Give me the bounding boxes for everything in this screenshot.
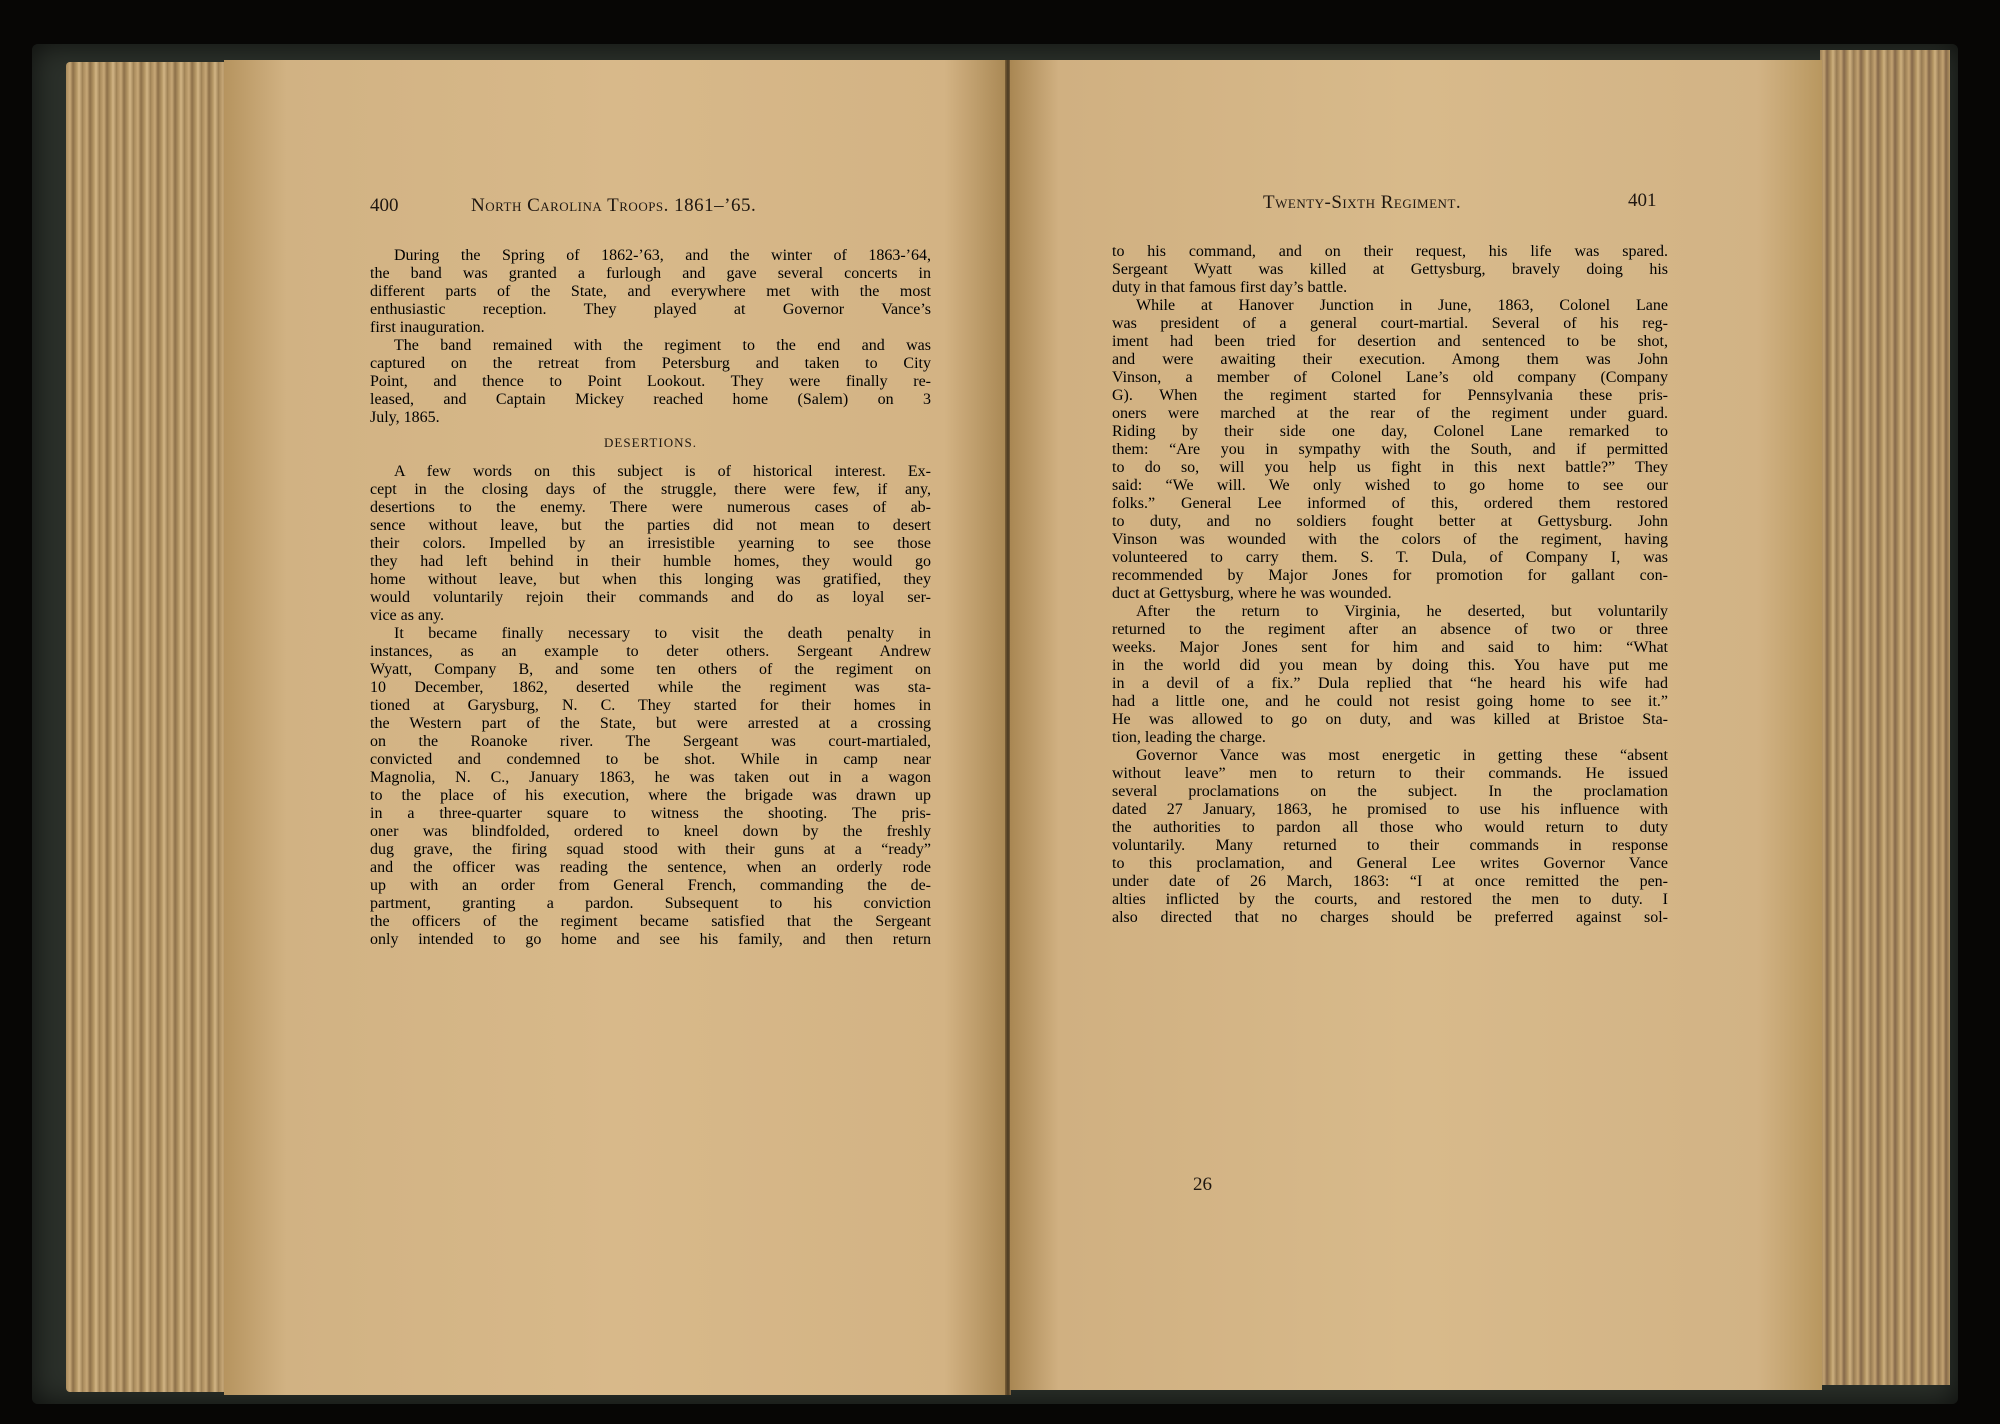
text-line: also directed that no charges should be …	[1112, 909, 1668, 927]
text-line: to this proclamation, and General Lee wr…	[1112, 855, 1668, 873]
text-line: to his command, and on their request, hi…	[1112, 243, 1668, 261]
text-line: first inauguration.	[370, 319, 931, 337]
text-line: A few words on this subject is of histor…	[370, 463, 931, 481]
text-line: only intended to go home and see his fam…	[370, 931, 931, 949]
text-line: iment had been tried for desertion and s…	[1112, 333, 1668, 351]
text-line: Vinson, a member of Colonel Lane’s old c…	[1112, 369, 1668, 387]
text-line: instances, as an example to deter others…	[370, 643, 931, 661]
text-line: the Western part of the State, but were …	[370, 715, 931, 733]
text-line: Magnolia, N. C., January 1863, he was ta…	[370, 769, 931, 787]
text-line: Point, and thence to Point Lookout. They…	[370, 373, 931, 391]
text-line: said: “We will. We only wished to go hom…	[1112, 477, 1668, 495]
text-line: them: “Are you in sympathy with the Sout…	[1112, 441, 1668, 459]
text-line: convicted and condemned to be shot. Whil…	[370, 751, 931, 769]
page-number: 400	[370, 195, 399, 217]
text-line: their colors. Impelled by an irresistibl…	[370, 535, 931, 553]
text-line: in the world did you mean by doing this.…	[1112, 657, 1668, 675]
signature-mark: 26	[1193, 1174, 1212, 1196]
text-line: Vinson was wounded with the colors of th…	[1112, 531, 1668, 549]
text-line: and were awaiting their execution. Among…	[1112, 351, 1668, 369]
text-line: tion, leading the charge.	[1112, 729, 1668, 747]
page-edges-left	[66, 62, 226, 1392]
text-line: 10 December, 1862, deserted while the re…	[370, 679, 931, 697]
paragraph-group: During the Spring of 1862-’63, and the w…	[370, 247, 931, 427]
text-line: was president of a general court-martial…	[1112, 315, 1668, 333]
page-edges-right	[1820, 50, 1950, 1385]
text-line: Riding by their side one day, Colonel La…	[1112, 423, 1668, 441]
text-line: While at Hanover Junction in June, 1863,…	[1112, 297, 1668, 315]
text-line: leased, and Captain Mickey reached home …	[370, 391, 931, 409]
text-line: captured on the retreat from Petersburg …	[370, 355, 931, 373]
text-line: recommended by Major Jones for promotion…	[1112, 567, 1668, 585]
text-line: on the Roanoke river. The Sergeant was c…	[370, 733, 931, 751]
paragraph-group: to his command, and on their request, hi…	[1112, 243, 1668, 927]
text-line: the officers of the regiment became sati…	[370, 913, 931, 931]
text-line: oners were marched at the rear of the re…	[1112, 405, 1668, 423]
text-line: folks.” General Lee informed of this, or…	[1112, 495, 1668, 513]
text-line: different parts of the State, and everyw…	[370, 283, 931, 301]
text-line: they had left behind in their humble hom…	[370, 553, 931, 571]
text-line: dug grave, the firing squad stood with t…	[370, 841, 931, 859]
text-line: tioned at Garysburg, N. C. They started …	[370, 697, 931, 715]
text-line: July, 1865.	[370, 409, 931, 427]
text-line: cept in the closing days of the struggle…	[370, 481, 931, 499]
text-line: the authorities to pardon all those who …	[1112, 819, 1668, 837]
text-line: Governor Vance was most energetic in get…	[1112, 747, 1668, 765]
text-line: several proclamations on the subject. In…	[1112, 783, 1668, 801]
text-line: weeks. Major Jones sent for him and said…	[1112, 639, 1668, 657]
running-head: North Carolina Troops. 1861–’65.	[471, 195, 756, 217]
text-line: vice as any.	[370, 607, 931, 625]
text-line: home without leave, but when this longin…	[370, 571, 931, 589]
page-body: During the Spring of 1862-’63, and the w…	[370, 247, 931, 949]
text-line: volunteered to carry them. S. T. Dula, o…	[1112, 549, 1668, 567]
text-line: After the return to Virginia, he deserte…	[1112, 603, 1668, 621]
left-page: 400 North Carolina Troops. 1861–’65. Dur…	[224, 60, 1007, 1395]
text-line: to do so, will you help us fight in this…	[1112, 459, 1668, 477]
text-line: duct at Gettysburg, where he was wounded…	[1112, 585, 1668, 603]
text-line: had a little one, and he could not resis…	[1112, 693, 1668, 711]
text-line: in a devil of a fix.” Dula replied that …	[1112, 675, 1668, 693]
text-line: G). When the regiment started for Pennsy…	[1112, 387, 1668, 405]
text-line: It became finally necessary to visit the…	[370, 625, 931, 643]
text-line: He was allowed to go on duty, and was ki…	[1112, 711, 1668, 729]
text-line: partment, granting a pardon. Subsequent …	[370, 895, 931, 913]
text-line: and the officer was reading the sentence…	[370, 859, 931, 877]
text-line: returned to the regiment after an absenc…	[1112, 621, 1668, 639]
text-line: During the Spring of 1862-’63, and the w…	[370, 247, 931, 265]
text-line: oner was blindfolded, ordered to kneel d…	[370, 823, 931, 841]
text-line: alties inflicted by the courts, and rest…	[1112, 891, 1668, 909]
page-number: 401	[1628, 190, 1657, 212]
paragraph-group: A few words on this subject is of histor…	[370, 463, 931, 949]
text-line: up with an order from General French, co…	[370, 877, 931, 895]
text-line: voluntarily. Many returned to their comm…	[1112, 837, 1668, 855]
text-line: under date of 26 March, 1863: “I at once…	[1112, 873, 1668, 891]
section-heading: DESERTIONS.	[370, 433, 931, 453]
text-line: Sergeant Wyatt was killed at Gettysburg,…	[1112, 261, 1668, 279]
text-line: sence without leave, but the parties did…	[370, 517, 931, 535]
text-line: dated 27 January, 1863, he promised to u…	[1112, 801, 1668, 819]
right-page: Twenty-Sixth Regiment. 401 to his comman…	[1010, 60, 1822, 1390]
page-body: to his command, and on their request, hi…	[1112, 243, 1668, 927]
text-line: desertions to the enemy. There were nume…	[370, 499, 931, 517]
text-line: The band remained with the regiment to t…	[370, 337, 931, 355]
running-head: Twenty-Sixth Regiment.	[1263, 192, 1461, 214]
text-line: Wyatt, Company B, and some ten others of…	[370, 661, 931, 679]
text-line: without leave” men to return to their co…	[1112, 765, 1668, 783]
text-line: enthusiastic reception. They played at G…	[370, 301, 931, 319]
text-line: to the place of his execution, where the…	[370, 787, 931, 805]
text-line: in a three-quarter square to witness the…	[370, 805, 931, 823]
text-line: duty in that famous first day’s battle.	[1112, 279, 1668, 297]
text-line: to duty, and no soldiers fought better a…	[1112, 513, 1668, 531]
text-line: the band was granted a furlough and gave…	[370, 265, 931, 283]
text-line: would voluntarily rejoin their commands …	[370, 589, 931, 607]
